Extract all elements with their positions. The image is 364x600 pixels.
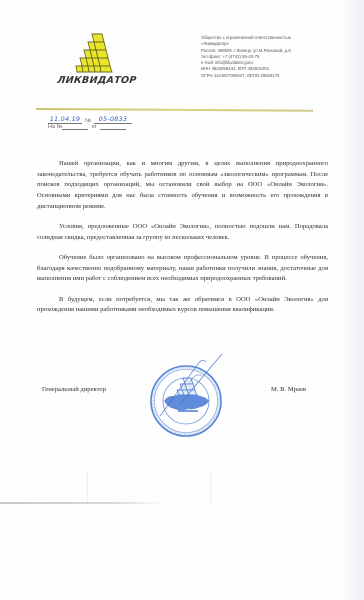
handwritten-signature-icon: [150, 352, 240, 417]
handwritten-date: 11.04.19: [50, 115, 81, 123]
incoming-ref-line: На №от: [48, 124, 132, 133]
pyramid-logo-icon: [74, 32, 120, 76]
number-field: 05-0833: [94, 115, 132, 124]
logo-wordmark: ЛИКВИДАТОР: [51, 75, 142, 86]
company-details: Общество с ограниченной ответственностью…: [201, 35, 351, 79]
scan-edge-shade: [342, 0, 364, 600]
reply-date-blank: [100, 129, 126, 130]
reply-number-blank: [62, 129, 88, 130]
paragraph-3: Обучение было организовано на высоком пр…: [37, 253, 328, 285]
from-label: от: [91, 124, 96, 130]
company-ogrn: ОГРН 1144827000647, ОКПО 29833175: [201, 73, 351, 79]
outgoing-ref-line: 11.04.19№05-0833: [48, 115, 132, 124]
date-field: 11.04.19: [48, 115, 82, 124]
scan-artifact: [210, 470, 211, 505]
letter-body: Нашей организации, как и многим другим, …: [37, 159, 328, 325]
reply-label: На №: [48, 124, 62, 130]
paragraph-2: Условия, предложенные ООО «Онлайн Эколог…: [37, 222, 328, 243]
paragraph-1: Нашей организации, как и многим другим, …: [37, 159, 328, 213]
company-logo: ЛИКВИДАТОР: [52, 30, 142, 92]
signatory-title: Генеральный директор: [42, 386, 106, 393]
paragraph-4: В будущем, если потребуется, мы так же о…: [37, 295, 328, 316]
letter-page: ЛИКВИДАТОР Общество с ограниченной ответ…: [0, 0, 364, 600]
handwritten-number: 05-0833: [99, 115, 128, 123]
scan-artifact-line: [0, 502, 165, 504]
reference-block: 11.04.19№05-0833 На №от: [48, 115, 132, 133]
signatory-name: М. В. Мраев: [271, 386, 306, 393]
scan-artifact: [87, 470, 88, 505]
letterhead-divider: [36, 108, 313, 112]
